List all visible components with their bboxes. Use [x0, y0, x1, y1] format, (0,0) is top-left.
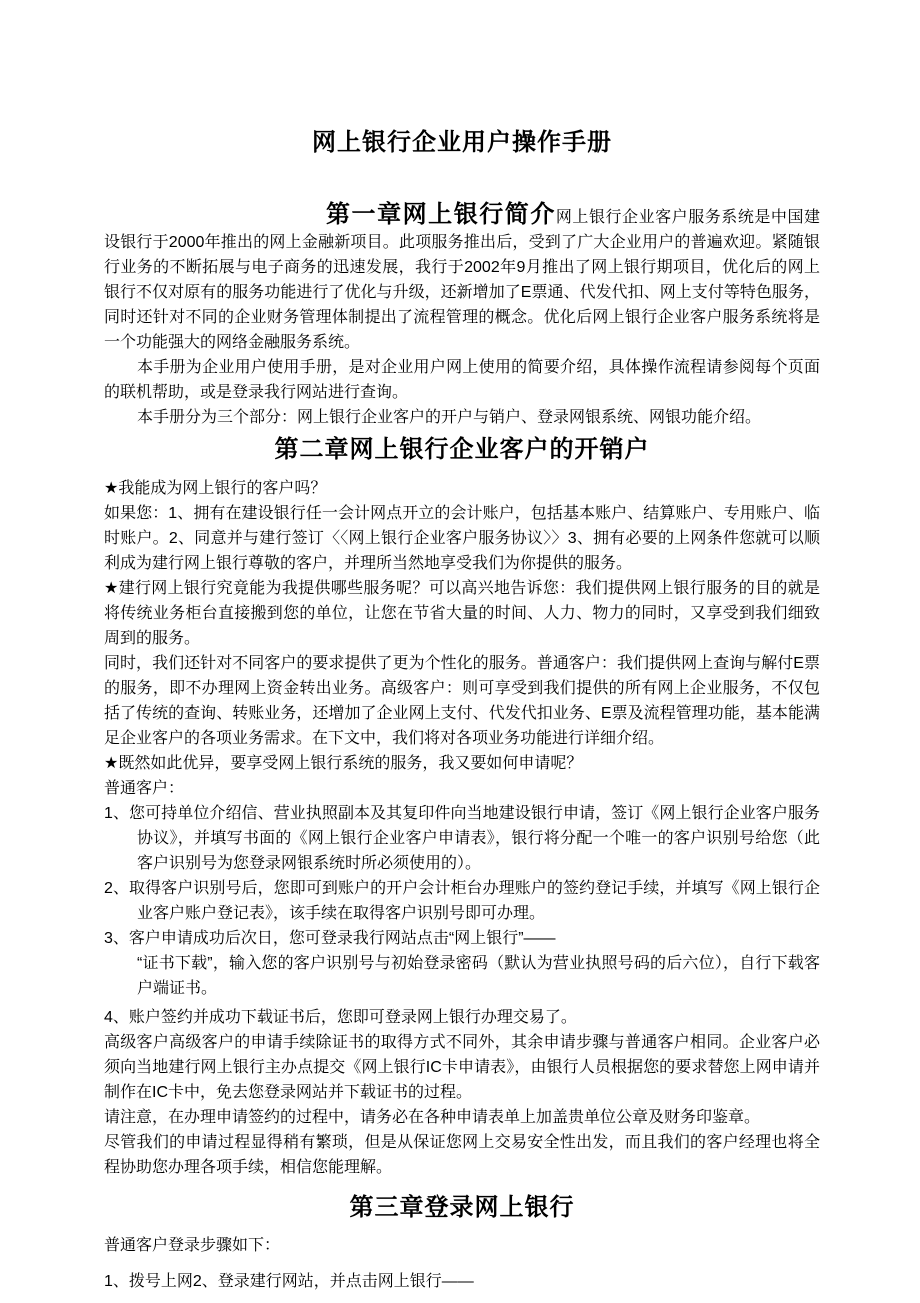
chapter2-question-services: ★建行网上银行究竟能为我提供哪些服务呢？可以高兴地告诉您：我们提供网上银行服务的… — [104, 576, 820, 651]
apply-step-4: 4、账户签约并成功下载证书后，您即可登录网上银行办理交易了。 — [104, 1005, 820, 1030]
chapter2-heading: 第二章网上银行企业客户的开销户 — [104, 434, 820, 465]
chapter2-normal-customer-label: 普通客户： — [104, 776, 820, 801]
chapter2-personalized-paragraph: 同时，我们还针对不同客户的要求提供了更为个性化的服务。普通客户：我们提供网上查询… — [104, 651, 820, 751]
apply-step-3-line2: “证书下载”，输入您的客户识别号与初始登录密码（默认为营业执照号码的后六位），自… — [137, 955, 820, 997]
chapter3-heading: 第三章登录网上银行 — [104, 1192, 820, 1223]
apply-step-2: 2、取得客户识别号后，您即可到账户的开户会计柜台办理账户的签约登记手续，并填写《… — [104, 876, 820, 926]
chapter2-question-how-apply: ★既然如此优异，要享受网上银行系统的服务，我又要如何申请呢？ — [104, 751, 820, 776]
apply-step-3: 3、客户申请成功后次日，您可登录我行网站点击“网上银行”——“证书下载”，输入您… — [104, 926, 820, 1001]
chapter3-login-steps-label: 普通客户登录步骤如下： — [104, 1233, 820, 1258]
chapter1-intro-text: 网上银行企业客户服务系统是中国建设银行于2000年推出的网上金融新项目。此项服务… — [104, 209, 820, 351]
apply-step-3-line1: 3、客户申请成功后次日，您可登录我行网站点击“网上银行”—— — [104, 930, 556, 947]
chapter2-question-can-i: ★我能成为网上银行的客户吗？ — [104, 476, 820, 501]
chapter2-advanced-customer-paragraph: 高级客户高级客户的申请手续除证书的取得方式不同外，其余申请步骤与普通客户相同。企… — [104, 1030, 820, 1105]
apply-step-1: 1、您可持单位介绍信、营业执照副本及其复印件向当地建设银行申请，签订《网上银行企… — [104, 801, 820, 876]
document-title: 网上银行企业用户操作手册 — [104, 128, 820, 158]
chapter1-manual-paragraph: 本手册为企业用户使用手册，是对企业用户网上使用的简要介绍，具体操作流程请参阅每个… — [104, 355, 820, 405]
manual-document-page: 网上银行企业用户操作手册 第一章网上银行简介网上银行企业客户服务系统是中国建设银… — [0, 0, 920, 1303]
chapter1-lead-paragraph: 第一章网上银行简介网上银行企业客户服务系统是中国建设银行于2000年推出的网上金… — [104, 200, 820, 355]
chapter2-apology-paragraph: 尽管我们的申请过程显得稍有繁琐，但是从保证您网上交易安全性出发，而且我们的客户经… — [104, 1130, 820, 1180]
chapter2-notice-paragraph: 请注意，在办理申请签约的过程中，请务必在各种申请表单上加盖贵单位公章及财务印鉴章… — [104, 1105, 820, 1130]
chapter3-dial-step: 1、拨号上网2、登录建行网站，并点击网上银行—— — [104, 1269, 820, 1294]
chapter2-conditions-paragraph: 如果您：1、拥有在建设银行任一会计网点开立的会计账户，包括基本账户、结算账户、专… — [104, 501, 820, 576]
chapter1-heading: 第一章网上银行简介 — [326, 201, 556, 228]
chapter1-parts-paragraph: 本手册分为三个部分：网上银行企业客户的开户与销户、登录网银系统、网银功能介绍。 — [104, 405, 820, 430]
